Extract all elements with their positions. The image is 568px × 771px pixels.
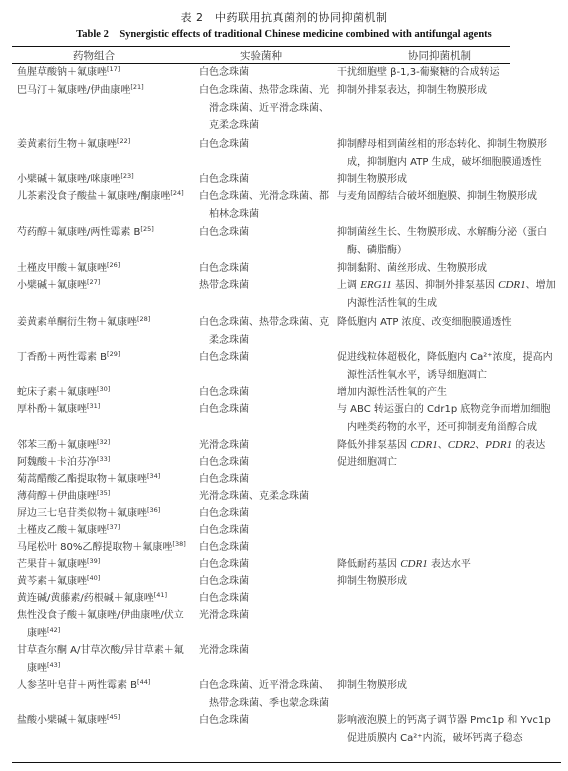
mechanism-cell: 抑制黏附、菌丝形成、生物膜形成	[337, 260, 563, 278]
drug-combination-cell: 盐酸小檗碱＋氟康唑[45]	[17, 712, 197, 730]
table-caption-en: Table 2 Synergistic effects of tradition…	[0, 26, 568, 41]
test-strain-cell: 白色念珠菌、近平滑念珠菌、热带念珠菌、季也蒙念珠菌	[199, 677, 335, 712]
drug-combination-cell: 儿茶素没食子酸盐＋氟康唑/酮康唑[24]	[17, 188, 197, 206]
test-strain-cell: 热带念珠菌	[199, 277, 335, 295]
drug-combination-cell: 阿魏酸＋卡泊芬净[33]	[17, 454, 197, 472]
mechanism-cell: 影响液泡膜上的钙离子调节器 Pmc1p 和 Yvc1p促进质膜内 Ca²⁺内流，…	[337, 712, 563, 747]
mechanism-cell: 抑制生物膜形成	[337, 171, 563, 189]
mechanism-cell: 降低外排泵基因 CDR1、CDR2、PDR1 的表达	[337, 437, 563, 455]
drug-combination-cell: 邻苯三酚＋氟康唑[32]	[17, 437, 197, 455]
test-strain-cell: 白色念珠菌	[199, 522, 335, 540]
drug-combination-cell: 姜黄素单酮衍生物＋氟康唑[28]	[17, 314, 197, 332]
mechanism-cell: 抑制菌丝生长、生物膜形成、水解酶分泌（蛋白酶、磷脂酶）	[337, 224, 563, 259]
test-strain-cell: 白色念珠菌	[199, 573, 335, 591]
test-strain-cell: 白色念珠菌	[199, 471, 335, 489]
drug-combination-cell: 人参茎叶皂苷＋两性霉素 B[44]	[17, 677, 197, 695]
test-strain-cell: 白色念珠菌	[199, 349, 335, 367]
mechanism-cell: 干扰细胞壁 β-1,3-葡聚糖的合成转运	[337, 64, 563, 82]
mechanism-cell: 抑制生物膜形成	[337, 573, 563, 591]
header-drug-combination: 药物组合	[73, 48, 115, 63]
mechanism-cell: 降低耐药基因 CDR1 表达水平	[337, 556, 563, 574]
header-mechanism: 协同抑菌机制	[408, 48, 471, 63]
drug-combination-cell: 鱼腥草酸钠＋氟康唑[17]	[17, 64, 197, 82]
drug-combination-cell: 小檗碱＋氟康唑[27]	[17, 277, 197, 295]
drug-combination-cell: 小檗碱＋氟康唑/咪康唑[23]	[17, 171, 197, 189]
test-strain-cell: 白色念珠菌	[199, 384, 335, 402]
drug-combination-cell: 土槿皮乙酸＋氟康唑[37]	[17, 522, 197, 540]
mechanism-cell: 上调 ERG11 基因、抑制外排泵基因 CDR1、增加内源性活性氧的生成	[337, 277, 563, 312]
test-strain-cell: 白色念珠菌	[199, 171, 335, 189]
test-strain-cell: 白色念珠菌	[199, 136, 335, 154]
drug-combination-cell: 甘草查尔酮 A/甘草次酸/异甘草素＋氟康唑[43]	[17, 642, 197, 677]
mechanism-cell: 促进细胞凋亡	[337, 454, 563, 472]
header-test-strain: 实验菌种	[240, 48, 282, 63]
test-strain-cell: 白色念珠菌	[199, 64, 335, 82]
test-strain-cell: 白色念珠菌	[199, 224, 335, 242]
table-page: 表 2 中药联用抗真菌剂的协同抑菌机制 Table 2 Synergistic …	[0, 0, 568, 771]
drug-combination-cell: 马尾松叶 80%乙醇提取物＋氟康唑[38]	[17, 539, 197, 557]
test-strain-cell: 白色念珠菌	[199, 590, 335, 608]
mechanism-cell: 抑制酵母相到菌丝相的形态转化、抑制生物膜形成，抑制胞内 ATP 生成，破坏细胞膜…	[337, 136, 563, 171]
drug-combination-cell: 芒果苷＋氟康唑[39]	[17, 556, 197, 574]
mechanism-cell: 抑制外排泵表达，抑制生物膜形成	[337, 82, 563, 100]
drug-combination-cell: 菊蒿醋酸乙酯提取物＋氟康唑[34]	[17, 471, 197, 489]
drug-combination-cell: 焦性没食子酸＋氟康唑/伊曲康唑/伏立康唑[42]	[17, 607, 197, 642]
test-strain-cell: 白色念珠菌、热带念珠菌、克柔念珠菌	[199, 314, 335, 349]
table-caption-cn: 表 2 中药联用抗真菌剂的协同抑菌机制	[0, 9, 568, 25]
test-strain-cell: 白色念珠菌	[199, 539, 335, 557]
drug-combination-cell: 土槿皮甲酸＋氟康唑[26]	[17, 260, 197, 278]
test-strain-cell: 光滑念珠菌	[199, 642, 335, 660]
test-strain-cell: 光滑念珠菌	[199, 607, 335, 625]
drug-combination-cell: 屏边三七皂苷类似物＋氟康唑[36]	[17, 505, 197, 523]
test-strain-cell: 白色念珠菌、热带念珠菌、光滑念珠菌、近平滑念珠菌、克柔念珠菌	[199, 82, 335, 135]
drug-combination-cell: 厚朴酚＋氟康唑[31]	[17, 401, 197, 419]
mechanism-cell: 与 ABC 转运蛋白的 Cdr1p 底物竞争而增加细胞内唑类药物的水平，还可抑制…	[337, 401, 563, 436]
drug-combination-cell: 蛇床子素＋氟康唑[30]	[17, 384, 197, 402]
drug-combination-cell: 丁香酚＋两性霉素 B[29]	[17, 349, 197, 367]
drug-combination-cell: 芍药醇＋氟康唑/两性霉素 B[25]	[17, 224, 197, 242]
test-strain-cell: 白色念珠菌	[199, 712, 335, 730]
test-strain-cell: 白色念珠菌、光滑念珠菌、都柏林念珠菌	[199, 188, 335, 223]
test-strain-cell: 白色念珠菌	[199, 260, 335, 278]
mechanism-cell: 与麦角固醇结合破坏细胞膜、抑制生物膜形成	[337, 188, 563, 206]
drug-combination-cell: 姜黄素衍生物＋氟康唑[22]	[17, 136, 197, 154]
mechanism-cell: 抑制生物膜形成	[337, 677, 563, 695]
test-strain-cell: 光滑念珠菌、克柔念珠菌	[199, 488, 335, 506]
drug-combination-cell: 巴马汀＋氟康唑/伊曲康唑[21]	[17, 82, 197, 100]
test-strain-cell: 光滑念珠菌	[199, 437, 335, 455]
mechanism-cell: 促进线粒体超极化，降低胞内 Ca²⁺浓度，提高内源性活性氧水平，诱导细胞凋亡	[337, 349, 563, 384]
drug-combination-cell: 黄芩素＋氟康唑[40]	[17, 573, 197, 591]
drug-combination-cell: 薄荷醇＋伊曲康唑[35]	[17, 488, 197, 506]
mechanism-cell: 增加内源性活性氧的产生	[337, 384, 563, 402]
test-strain-cell: 白色念珠菌	[199, 505, 335, 523]
test-strain-cell: 白色念珠菌	[199, 556, 335, 574]
bottom-rule	[12, 762, 329, 763]
drug-combination-cell: 黄连碱/黄藤素/药根碱＋氟康唑[41]	[17, 590, 197, 608]
bottom-rule-right	[329, 762, 561, 763]
test-strain-cell: 白色念珠菌	[199, 454, 335, 472]
mechanism-cell: 降低胞内 ATP 浓度、改变细胞膜通透性	[337, 314, 563, 332]
test-strain-cell: 白色念珠菌	[199, 401, 335, 419]
